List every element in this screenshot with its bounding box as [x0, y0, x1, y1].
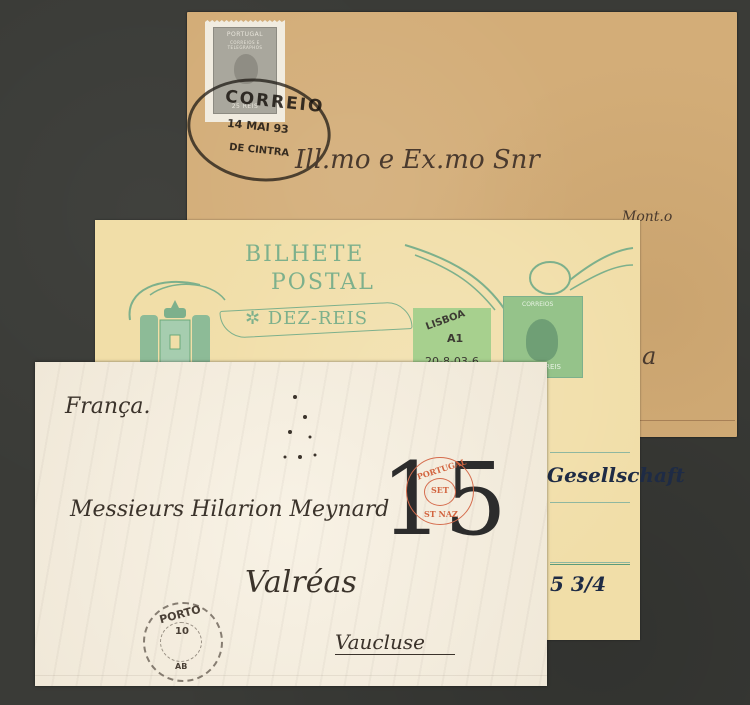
envelope-line3-end: a	[642, 342, 656, 370]
faint-dotted-postmark-icon	[265, 377, 345, 467]
porto-cancel-bottom: AB	[175, 662, 187, 671]
card-title-postal: POSTAL	[271, 270, 375, 295]
destination-department: Vaucluse	[335, 630, 455, 655]
envelope-fold-line	[627, 420, 735, 421]
printed-stamp-top-text: CORREIOS	[522, 301, 553, 308]
address-line	[550, 452, 630, 453]
coat-of-arms-icon	[120, 280, 230, 370]
address-line	[550, 564, 630, 565]
address-line	[550, 562, 630, 563]
red-cancel-middle: SET	[431, 485, 449, 495]
porto-circular-cancel: PORTO 10 AB	[143, 602, 223, 682]
stamp-arc-text: CORREIOS E TELEGRAPHOS	[214, 40, 276, 50]
address-line	[550, 502, 630, 503]
king-carlos-portrait-icon	[526, 319, 558, 361]
porto-cancel-day: 10	[175, 626, 189, 637]
red-portugal-cancel: PORTUGAL SET ST NAZ	[406, 457, 474, 525]
card-handwriting-gesellschaft: Gesellschaft	[547, 463, 685, 487]
destination-city: Valréas	[245, 565, 357, 600]
envelope-salutation: Ill.mo e Ex.mo Snr	[295, 145, 540, 175]
addressee-name: Messieurs Hilarion Meynard	[70, 497, 389, 522]
red-cancel-bottom: ST NAZ	[424, 509, 458, 519]
lisboa-postmark-sub: A1	[447, 332, 463, 345]
card-handwriting-fraction: 5 3/4	[550, 572, 606, 596]
letter-fold-line	[35, 675, 547, 676]
destination-country: França.	[65, 394, 151, 419]
stamp-country-text: PORTUGAL	[214, 31, 276, 38]
entire-letter: França. Messieurs Hilarion Meynard Valré…	[35, 362, 547, 686]
card-title-bilhete: BILHETE	[245, 242, 364, 267]
value-ribbon-text: ✲ DEZ-REIS	[245, 308, 368, 329]
